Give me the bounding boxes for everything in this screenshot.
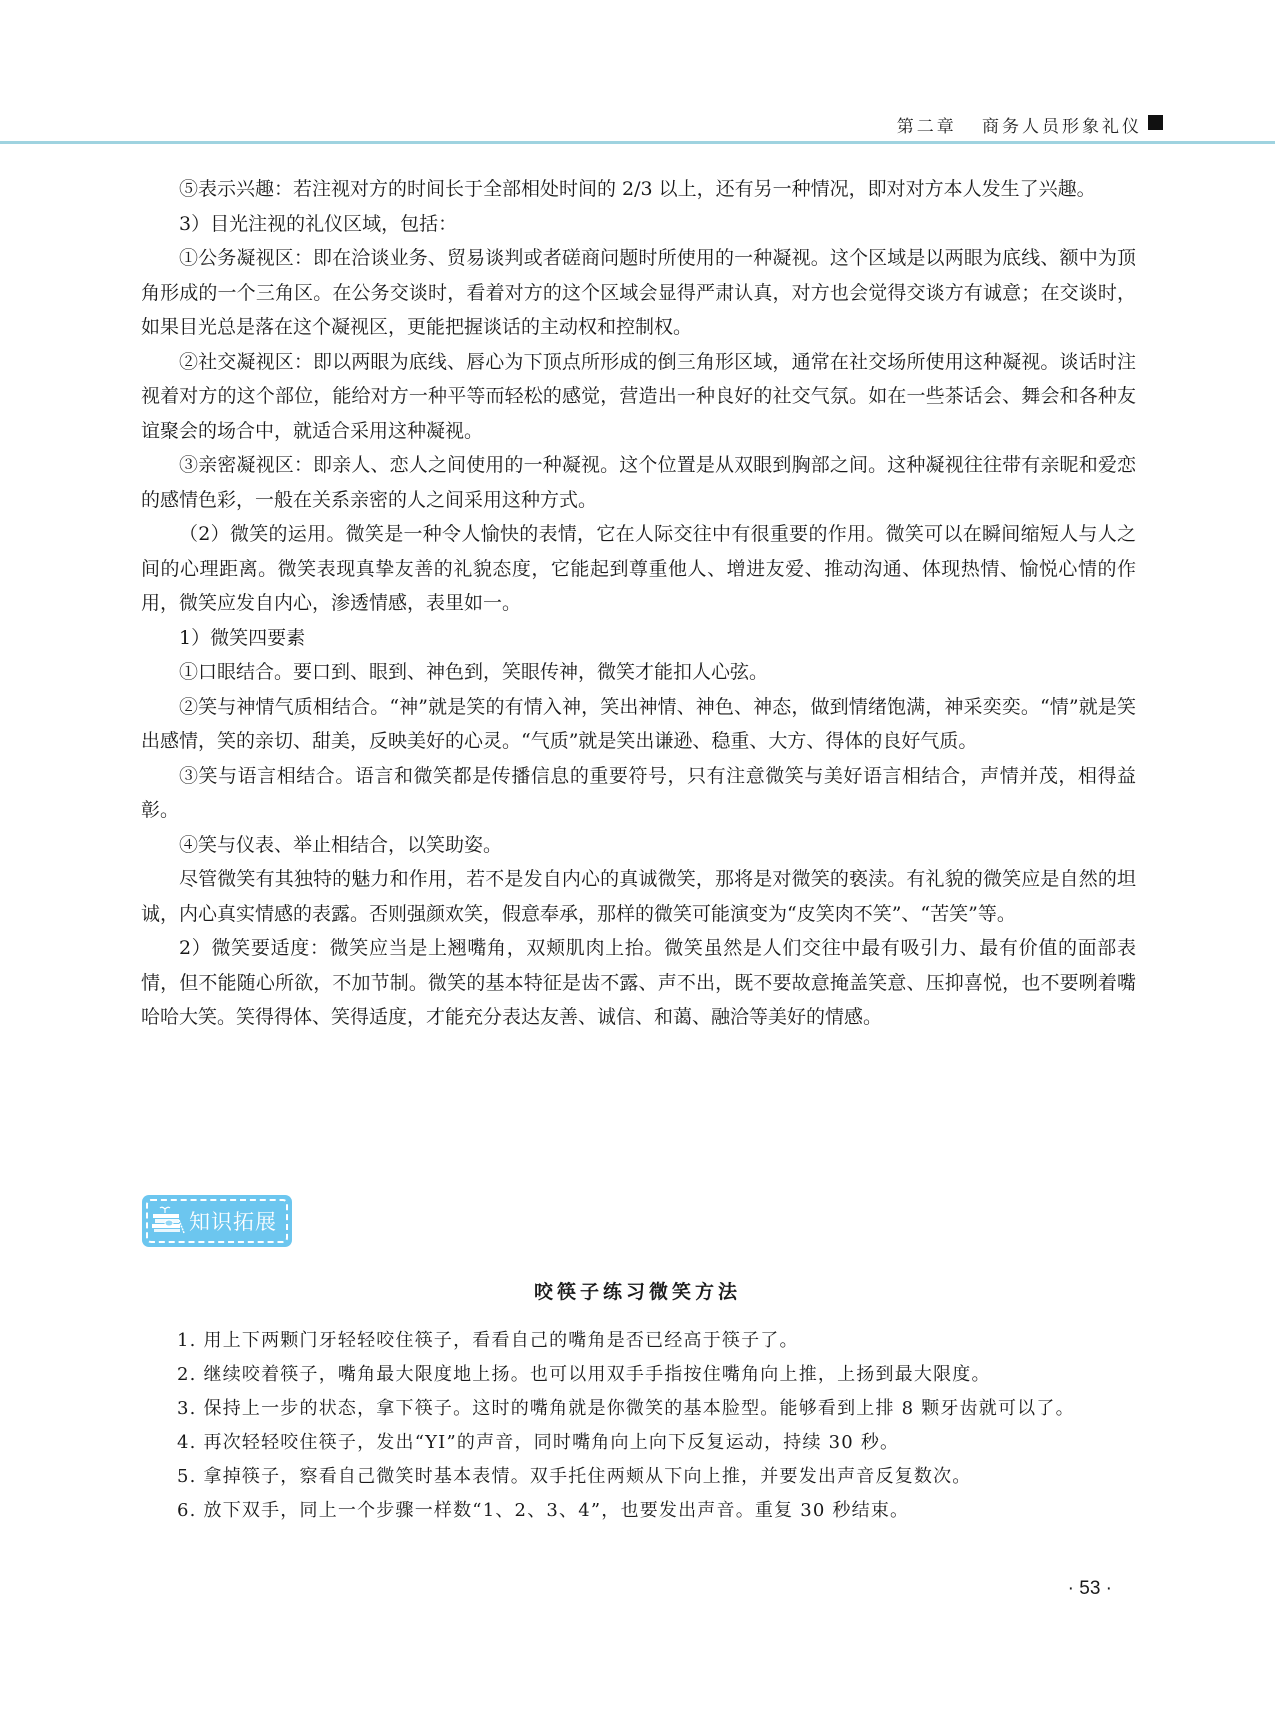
badge-label: 知识拓展 [189, 1206, 277, 1236]
paragraph: 1）微笑四要素 [141, 621, 1136, 656]
paragraph: ③笑与语言相结合。语言和微笑都是传播信息的重要符号，只有注意微笑与美好语言相结合… [141, 759, 1136, 828]
list-item: 1. 用上下两颗门牙轻轻咬住筷子，看看自己的嘴角是否已经高于筷子了。 [141, 1324, 1136, 1358]
paragraph: （2）微笑的运用。微笑是一种令人愉快的表情，它在人际交往中有很重要的作用。微笑可… [141, 517, 1136, 621]
books-plant-icon [151, 1206, 185, 1234]
paragraph: ⑤表示兴趣：若注视对方的时间长于全部相处时间的 2/3 以上，还有另一种情况，即… [141, 172, 1136, 207]
running-header: 第二章 商务人员形象礼仪 [0, 112, 1275, 142]
section-title: 咬筷子练习微笑方法 [0, 1277, 1275, 1304]
paragraph: 尽管微笑有其独特的魅力和作用，若不是发自内心的真诚微笑，那将是对微笑的亵渎。有礼… [141, 862, 1136, 931]
page-number: · 53 · [1068, 1578, 1112, 1600]
list-item: 6. 放下双手，同上一个步骤一样数“1、2、3、4”，也要发出声音。重复 30 … [141, 1494, 1136, 1528]
header-chapter: 第二章 [897, 117, 957, 137]
paragraph: ①口眼结合。要口到、眼到、神色到，笑眼传神，微笑才能扣人心弦。 [141, 655, 1136, 690]
list-item: 4. 再次轻轻咬住筷子，发出“YI”的声音，同时嘴角向上向下反复运动，持续 30… [141, 1426, 1136, 1460]
body-text: ⑤表示兴趣：若注视对方的时间长于全部相处时间的 2/3 以上，还有另一种情况，即… [141, 172, 1136, 1035]
paragraph: 2）微笑要适度：微笑应当是上翘嘴角，双颊肌肉上抬。微笑虽然是人们交往中最有吸引力… [141, 931, 1136, 1035]
knowledge-extension-badge: 知识拓展 [143, 1196, 291, 1246]
paragraph: 3）目光注视的礼仪区域，包括： [141, 207, 1136, 242]
list-item: 3. 保持上一步的状态，拿下筷子。这时的嘴角就是你微笑的基本脸型。能够看到上排 … [141, 1392, 1136, 1426]
header-square-icon [1148, 115, 1163, 130]
list-item: 2. 继续咬着筷子，嘴角最大限度地上扬。也可以用双手手指按住嘴角向上推，上扬到最… [141, 1358, 1136, 1392]
paragraph: ②社交凝视区：即以两眼为底线、唇心为下顶点所形成的倒三角形区域，通常在社交场所使… [141, 345, 1136, 449]
paragraph: ①公务凝视区：即在洽谈业务、贸易谈判或者磋商问题时所使用的一种凝视。这个区域是以… [141, 241, 1136, 345]
paragraph: ③亲密凝视区：即亲人、恋人之间使用的一种凝视。这个位置是从双眼到胸部之间。这种凝… [141, 448, 1136, 517]
header-title: 第二章 商务人员形象礼仪 [897, 112, 1142, 137]
steps-list: 1. 用上下两颗门牙轻轻咬住筷子，看看自己的嘴角是否已经高于筷子了。 2. 继续… [141, 1324, 1136, 1528]
header-divider [0, 141, 1275, 144]
paragraph: ②笑与神情气质相结合。“神”就是笑的有情入神，笑出神情、神色、神态，做到情绪饱满… [141, 690, 1136, 759]
header-chapter-title: 商务人员形象礼仪 [982, 117, 1142, 137]
paragraph: ④笑与仪表、举止相结合，以笑助姿。 [141, 828, 1136, 863]
list-item: 5. 拿掉筷子，察看自己微笑时基本表情。双手托住两颊从下向上推，并要发出声音反复… [141, 1460, 1136, 1494]
